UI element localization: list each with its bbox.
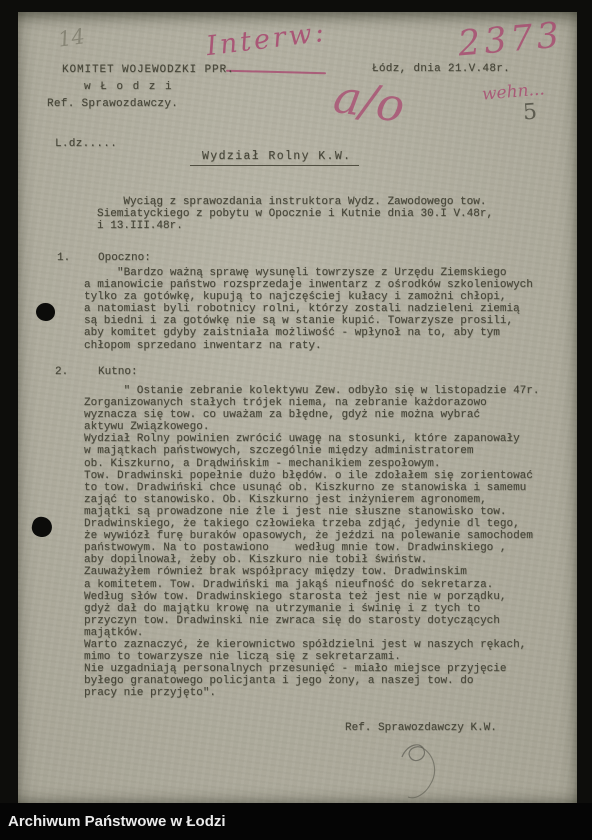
archive-caption-bar: Archiwum Państwowe w Łodzi (0, 803, 592, 840)
letterhead-org-name: KOMITET WOJEWODZKI PPR. (62, 64, 235, 77)
intro-paragraph: Wyciąg z sprawozdania instruktora Wydz. … (97, 196, 493, 232)
signature-scribble (388, 735, 468, 810)
scan-black-frame: 14 Interw: 2373 wehn... a/o 5 KOMITET WO… (0, 0, 592, 840)
ink-annotation-a-o: a/o (330, 69, 408, 133)
section-1-body: "Bardzo ważną sprawę wysunęli towrzysze … (84, 267, 533, 352)
section-2-title: Kutno: (98, 366, 138, 378)
ink-underline-stroke (226, 70, 326, 75)
hole-punch-top (36, 303, 55, 321)
pencil-mark-top-left: 14 (56, 24, 86, 51)
section-1-number: 1. (57, 252, 70, 264)
letterhead-org-dept: Ref. Sprawozdawczy. (47, 98, 178, 111)
section-2-number: 2. (55, 366, 68, 378)
addressee-title: Wydział Rolny K.W. (190, 150, 359, 166)
archive-name-label: Archiwum Państwowe w Łodzi (8, 813, 226, 830)
ink-annotation-number: 2373 (456, 15, 564, 64)
reference-number-line: L.dz..... (55, 138, 117, 151)
place-date-line: Łódz, dnia 21.V.48r. (372, 63, 510, 76)
hole-punch-bottom (30, 515, 54, 539)
pencil-page-number: 5 (522, 100, 538, 126)
letterhead-org-city: w Ł o d z i (84, 81, 173, 94)
section-2-body: " Ostanie zebranie kolektywu Zew. odbyło… (84, 385, 539, 699)
closing-signature-title: Ref. Sprawozdawczy K.W. (345, 722, 497, 734)
ink-annotation-interw: Interw: (205, 17, 329, 63)
document-page: 14 Interw: 2373 wehn... a/o 5 KOMITET WO… (18, 12, 577, 803)
section-1-title: Opoczno: (98, 252, 151, 264)
